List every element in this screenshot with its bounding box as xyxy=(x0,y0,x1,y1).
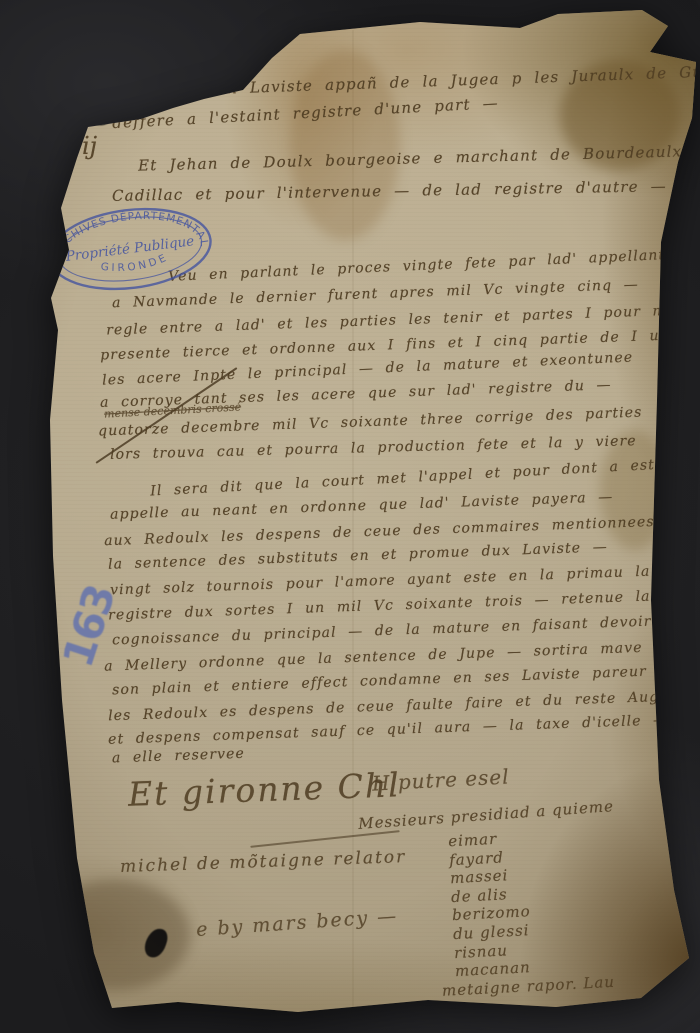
paper-hole xyxy=(142,926,170,961)
date-flourish-line: e by mars becy — xyxy=(195,905,398,941)
manuscript-line: lors trouva cau et pourra la production … xyxy=(110,433,637,463)
piece-mark: ij xyxy=(82,132,97,160)
montaigne-relator-line: michel de mõtaigne relator xyxy=(120,847,407,877)
parchment-wrap: Entre Jehan Laviste appañ de la Jugea p … xyxy=(0,0,700,1033)
manuscript-line: deffere a l'estaint registre d'une part … xyxy=(112,94,500,132)
archive-stamp: ARCHIVES DÉPARTEMENTALES GIRONDE Proprié… xyxy=(39,196,220,302)
manuscript-photo: Entre Jehan Laviste appañ de la Jugea p … xyxy=(0,0,700,1033)
stamp-center-text: Propriété Publique xyxy=(64,233,195,265)
closing-flourish: Et gironne Chl xyxy=(127,765,401,813)
manuscript-line: Entre Jehan Laviste appañ de la Jugea p … xyxy=(128,57,700,101)
parchment-sheet: Entre Jehan Laviste appañ de la Jugea p … xyxy=(0,0,700,1033)
pen-flourish-stroke xyxy=(250,830,399,848)
manuscript-line: Et Jehan de Doulx bourgeoise e marchant … xyxy=(138,139,700,174)
manuscript-line: a elle reservee xyxy=(112,746,245,767)
councillors-list: eimar fayard massei de alis berizomo du … xyxy=(448,824,616,999)
